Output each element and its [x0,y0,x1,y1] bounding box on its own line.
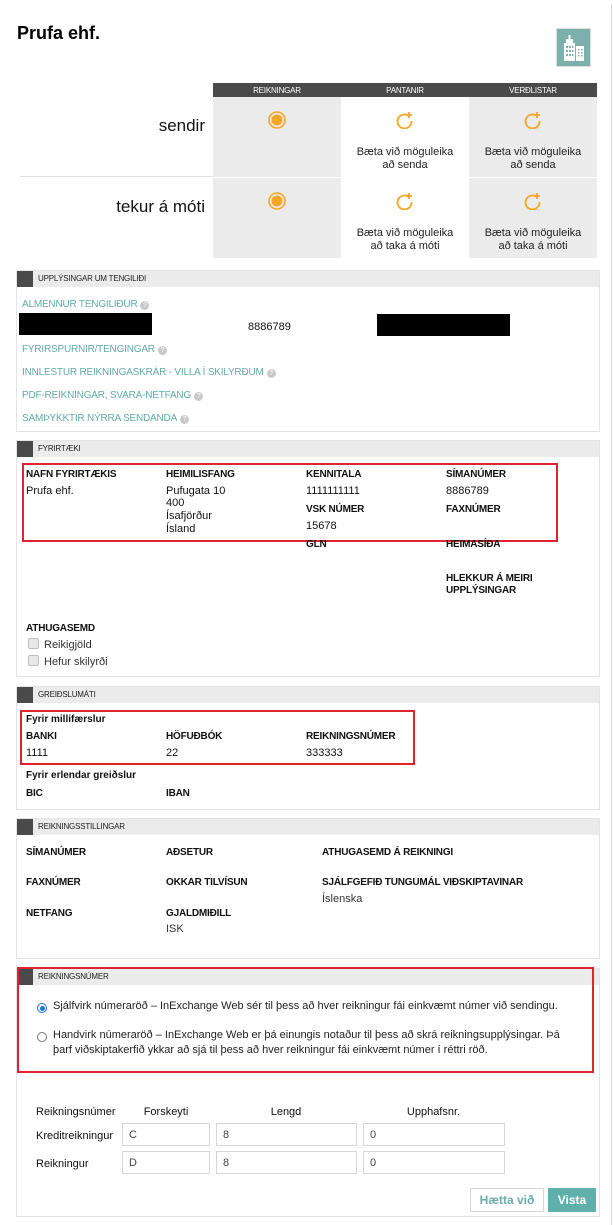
link-label: SAMÞYKKTIR NÝRRA SENDANDA [22,413,177,424]
help-icon[interactable]: ? [158,346,167,355]
link-label: PDF-REIKNINGAR, SVARA-NETFANG [22,390,191,401]
settings-email-label: NETFANG [26,908,72,919]
link-label: FYRIRSPURNIR/TENGINGAR [22,344,155,355]
currency-label: GJALDMIÐILL [166,908,231,919]
matrix-header: REIKNINGAR PANTANIR VERÐLISTAR [213,83,597,97]
invoice-settings-panel: REIKNINGSSTILLINGAR SÍMANÚMER FAXNÚMER N… [16,818,600,959]
grid-header-prefix: Forskeyti [122,1106,210,1118]
invoice-start-input[interactable] [363,1151,505,1174]
panel-title: GREIÐSLUMÁTI [38,690,96,699]
add-capability-icon [524,192,542,210]
residence-label: AÐSETUR [166,847,213,858]
cell-pantanir-receive[interactable]: Bæta við möguleikaað taka á móti [341,178,469,258]
credit-length-input[interactable] [216,1123,357,1146]
bank-label: BANKI [26,731,57,742]
fax-label: FAXNÚMER [446,504,501,515]
account-value: 333333 [306,747,343,759]
foreign-title: Fyrir erlendar greiðslur [26,770,136,782]
add-capability-icon [396,111,414,129]
ledger-label: HÖFUÐBÓK [166,731,222,742]
roaming-fees-checkbox[interactable] [28,638,39,649]
automatic-numbering-text: Sjálfvirk númeraröð – InExchange Web sér… [53,999,558,1014]
has-conditions-label: Hefur skilyrði [44,656,108,668]
column-reikningar: REIKNINGAR [213,83,341,97]
column-pantanir: PANTANIR [341,83,469,97]
redacted-email [377,314,510,336]
kennitala-label: KENNITALA [306,469,361,480]
address-line-1: Pufugata 10 [166,485,225,497]
contact-panel: UPPLÝSINGAR UM TENGILIÐI ALMENNUR TENGIL… [16,270,600,432]
active-circle-icon [268,192,286,210]
column-verdlistar: VERÐLISTAR [469,83,597,97]
language-label: SJÁLFGEFIÐ TUNGUMÁL VIÐSKIPTAVINAR [322,877,523,888]
add-receive-caption: Bæta við möguleika [485,227,582,239]
matrix-row-sendir: sendir Bæta við möguleikaað senda Bæta v… [20,97,597,177]
help-icon[interactable]: ? [140,301,149,310]
cell-verdlistar-send[interactable]: Bæta við möguleikaað senda [469,97,597,177]
panel-header: GREIÐSLUMÁTI [17,687,599,703]
panel-square-icon [17,441,33,457]
inquiries-link[interactable]: FYRIRSPURNIR/TENGINGAR? [22,344,167,355]
sender-approval-link[interactable]: SAMÞYKKTIR NÝRRA SENDANDA? [22,413,189,424]
link-label: INNLESTUR REIKNINGASKRÁR - VILLA Í SKILY… [22,367,264,378]
manual-numbering-radio[interactable] [37,1032,47,1042]
general-contact-link[interactable]: ALMENNUR TENGILIÐUR? [22,299,149,310]
panel-square-icon [17,687,33,703]
matrix-row-tekur-a-moti: tekur á móti Bæta við möguleikaað taka á… [20,178,597,258]
panel-title: REIKNINGSSTILLINGAR [38,822,125,831]
help-icon[interactable]: ? [194,392,203,401]
bank-value: 1111 [26,747,48,759]
panel-title: FYRIRTÆKI [38,444,81,453]
phone-label: SÍMANÚMER [446,469,506,480]
panel-header: UPPLÝSINGAR UM TENGILIÐI [17,271,599,287]
vsk-value: 15678 [306,520,337,532]
our-reference-label: OKKAR TILVÍSUN [166,877,247,888]
help-icon[interactable]: ? [267,369,276,378]
vsk-label: VSK NÚMER [306,504,364,515]
manual-numbering-text: Handvirk númeraröð – InExchange Web er þ… [53,1028,560,1058]
add-send-caption: Bæta við möguleika [485,146,582,158]
cell-pantanir-send[interactable]: Bæta við möguleikaað senda [341,97,469,177]
grid-header-start: Upphafsnr. [363,1106,504,1118]
iban-label: IBAN [166,788,190,799]
kennitala-value: 1111111111 [306,485,360,497]
cell-verdlistar-receive[interactable]: Bæta við möguleikaað taka á móti [469,178,597,258]
address-line-4: Ísland [166,523,195,535]
page-title: Prufa ehf. [17,23,100,44]
settings-fax-label: FAXNÚMER [26,877,81,888]
row-label: sendir [20,116,205,136]
credit-prefix-input[interactable] [122,1123,210,1146]
company-panel: FYRIRTÆKI NAFN FYRIRTÆKIS Prufa ehf. HEI… [16,440,600,677]
more-info-label: HLEKKUR Á MEIRIUPPLÝSINGAR [446,573,532,597]
contact-phone: 8886789 [248,321,291,333]
add-receive-caption-2: að taka á móti [498,240,567,252]
automatic-numbering-radio[interactable] [37,1003,47,1013]
more-info-line-2: UPPLÝSINGAR [446,585,516,596]
invoice-label: Reikningur [36,1158,89,1170]
add-send-caption-2: að senda [510,159,555,171]
credit-start-input[interactable] [363,1123,505,1146]
more-info-line-1: HLEKKUR Á MEIRI [446,573,532,584]
settings-phone-label: SÍMANÚMER [26,847,86,858]
save-button[interactable]: Vista [548,1188,596,1212]
panel-square-icon [17,819,33,835]
address-label: HEIMILISFANG [166,469,235,480]
link-label: ALMENNUR TENGILIÐUR [22,299,137,310]
row-label: tekur á móti [20,197,205,217]
cell-reikningar-receive[interactable] [213,178,341,258]
help-icon[interactable]: ? [180,415,189,424]
roaming-fees-label: Reikigjöld [44,639,92,651]
has-conditions-checkbox[interactable] [28,655,39,666]
pdf-reply-email-link[interactable]: PDF-REIKNINGAR, SVARA-NETFANG? [22,390,203,401]
language-value: Íslenska [322,893,362,905]
panel-header: FYRIRTÆKI [17,441,599,457]
manual-text-line-2: þarf viðskiptakerfið ykkar að sjá til þe… [53,1044,488,1056]
grid-header-length: Lengd [216,1106,356,1118]
active-circle-icon [268,111,286,129]
redacted-name [19,313,152,335]
bic-label: BIC [26,788,43,799]
cancel-button[interactable]: Hætta við [470,1188,544,1212]
invoice-length-input[interactable] [216,1151,357,1174]
add-send-caption: Bæta við möguleika [357,146,454,158]
panel-square-icon [17,271,33,287]
website-label: HEIMASÍÐA [446,539,500,550]
add-receive-caption: Bæta við möguleika [357,227,454,239]
currency-value: ISK [166,923,184,935]
domestic-title: Fyrir millifærslur [26,714,105,726]
company-name-label: NAFN FYRIRTÆKIS [26,469,116,480]
add-capability-icon [396,192,414,210]
page-right-border [611,4,612,1225]
credit-invoice-label: Kreditreikningur [36,1130,113,1142]
add-capability-icon [524,111,542,129]
add-receive-caption-2: að taka á móti [370,240,439,252]
company-name-value: Prufa ehf. [26,485,74,497]
address-line-3: Ísafjörður [166,510,212,522]
payment-panel: GREIÐSLUMÁTI Fyrir millifærslur BANKI 11… [16,686,600,810]
phone-value: 8886789 [446,485,489,497]
invoice-prefix-input[interactable] [122,1151,210,1174]
account-label: REIKNINGSNÚMER [306,731,395,742]
ledger-value: 22 [166,747,178,759]
gln-label: GLN [306,539,327,550]
panel-title: UPPLÝSINGAR UM TENGILIÐI [38,274,146,283]
grid-header-invoice-number: Reikningsnúmer [36,1106,115,1118]
address-line-2: 400 [166,497,184,509]
buildings-icon [556,28,591,67]
invoice-note-label: ATHUGASEMD Á REIKNINGI [322,847,453,858]
cell-reikningar-send[interactable] [213,97,341,177]
file-import-errors-link[interactable]: INNLESTUR REIKNINGASKRÁR - VILLA Í SKILY… [22,367,276,378]
panel-header: REIKNINGSSTILLINGAR [17,819,599,835]
note-label: ATHUGASEMD [26,623,95,634]
manual-text-line-1: Handvirk númeraröð – InExchange Web er þ… [53,1029,560,1041]
add-send-caption-2: að senda [382,159,427,171]
